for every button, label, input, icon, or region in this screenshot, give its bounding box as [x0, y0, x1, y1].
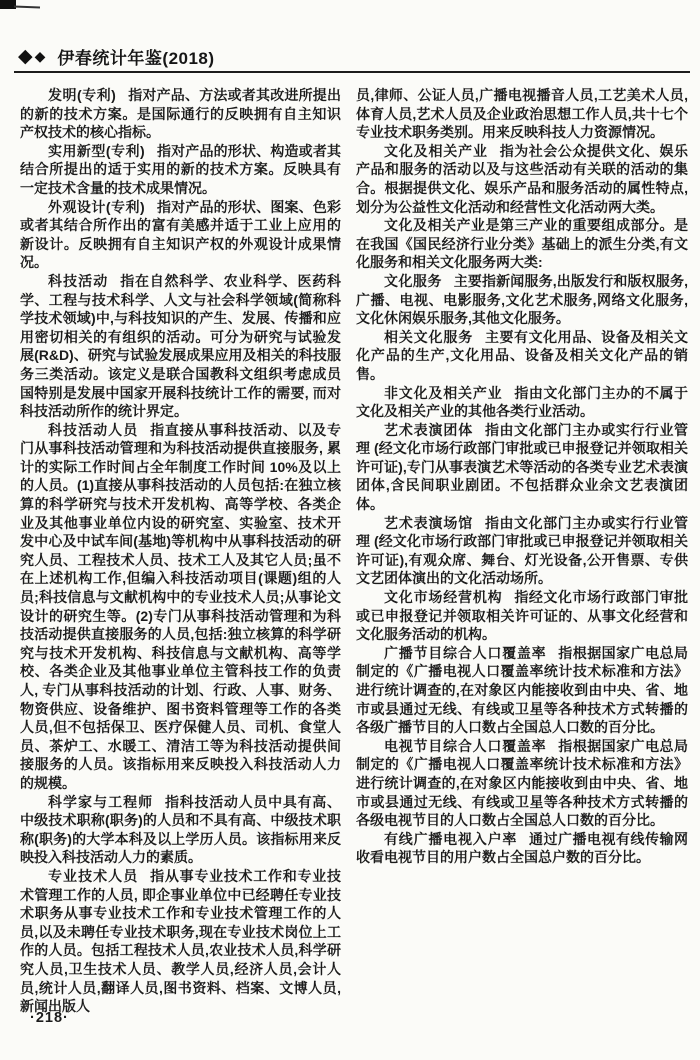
scan-corner-artifact [0, 0, 16, 9]
definition-text: 文化及相关产业是第三产业的重要组成部分。是在我国《国民经济行业分类》基础上的派生… [356, 217, 688, 270]
definition-text: 指直接从事科技活动、以及专门从事科技活动管理和为科技活动提供直接服务, 累计的实… [20, 422, 341, 791]
page-title: 伊春统计年鉴(2018) [57, 44, 214, 69]
page-content: 发明(专利)指对产品、方法或者其改进所提出的新的技术方案。是国际通行的反映拥有自… [20, 86, 688, 1016]
definition-text: 指在自然科学、农业科学、医药科学、工程与技术科学、人文与社会科学领域(简称科学技… [20, 273, 341, 419]
right-column: 员,律师、公证人员,广播电视播音人员,工艺美术人员,体育人员,艺术人员及企业政治… [356, 86, 688, 1016]
term-label: 非文化及相关产业 [384, 385, 503, 401]
term-label: 相关文化服务 [384, 329, 473, 345]
definition-text: 员,律师、公证人员,广播电视播音人员,工艺美术人员,体育人员,艺术人员及企业政治… [356, 87, 688, 140]
term-label: 文化服务 [384, 273, 442, 289]
term-label: 艺术表演场馆 [384, 515, 473, 531]
paragraph: 有线广播电视入户率通过广播电视有线传输网收看电视节目的用户数占全国总户数的百分比… [356, 830, 688, 867]
header-divider [14, 71, 690, 73]
term-label: 实用新型(专利) [48, 143, 145, 159]
term-label: 有线广播电视入户率 [384, 831, 517, 847]
page-number: ·218· [30, 1010, 69, 1026]
paragraph: 相关文化服务主要有文化用品、设备及相关文化产品的生产,文化用品、设备及相关文化产… [356, 328, 688, 384]
left-column: 发明(专利)指对产品、方法或者其改进所提出的新的技术方案。是国际通行的反映拥有自… [20, 86, 341, 1016]
term-label: 发明(专利) [48, 87, 116, 103]
paragraph: 文化市场经营机构指经文化市场行政部门审批或已申报登记并领取相关许可证的、从事文化… [356, 588, 688, 644]
term-label: 电视节目综合人口覆盖率 [384, 738, 546, 754]
term-label: 文化及相关产业 [384, 143, 488, 159]
paragraph: 发明(专利)指对产品、方法或者其改进所提出的新的技术方案。是国际通行的反映拥有自… [20, 86, 341, 142]
term-label: 广播节目综合人口覆盖率 [384, 645, 546, 661]
term-label: 科技活动 [48, 273, 108, 289]
paragraph: 电视节目综合人口覆盖率指根据国家广电总局制定的《广播电视人口覆盖率统计技术标准和… [356, 737, 688, 830]
diamond-icon: ◆ [18, 47, 33, 66]
paragraph: 科学家与工程师指科技活动人员中具有高、中级技术职称(职务)的人员和不具有高、中级… [20, 793, 341, 867]
paragraph: 艺术表演场馆指由文化部门主办或实行行业管理 (经文化市场行政部门审批或已申报登记… [356, 514, 688, 588]
term-label: 外观设计(专利) [48, 199, 145, 215]
paragraph: 文化及相关产业是第三产业的重要组成部分。是在我国《国民经济行业分类》基础上的派生… [356, 216, 688, 272]
term-label: 科技活动人员 [48, 422, 138, 438]
paragraph: 文化服务主要指新闻服务,出版发行和版权服务,广播、电视、电影服务,文化艺术服务,… [356, 272, 688, 328]
diamond-icon: ◆ [35, 50, 46, 64]
term-label: 专业技术人员 [48, 868, 138, 884]
page-header: ◆ ◆ 伊春统计年鉴(2018) [18, 44, 215, 69]
paragraph: 实用新型(专利)指对产品的形状、构造或者其结合所提出的适于实用的新的技术方案。反… [20, 142, 341, 198]
definition-text: 指从事专业技术工作和专业技术管理工作的人员, 即企事业单位中已经聘任专业技术职务… [20, 868, 341, 1014]
term-label: 科学家与工程师 [48, 794, 153, 810]
paragraph: 科技活动人员指直接从事科技活动、以及专门从事科技活动管理和为科技活动提供直接服务… [20, 421, 341, 793]
yearbook-page: ◆ ◆ 伊春统计年鉴(2018) 发明(专利)指对产品、方法或者其改进所提出的新… [0, 0, 700, 1060]
paragraph: 广播节目综合人口覆盖率指根据国家广电总局制定的《广播电视人口覆盖率统计技术标准和… [356, 644, 688, 737]
paragraph: 文化及相关产业指为社会公众提供文化、娱乐产品和服务的活动以及与这些活动有关联的活… [356, 142, 688, 216]
paragraph: 员,律师、公证人员,广播电视播音人员,工艺美术人员,体育人员,艺术人员及企业政治… [356, 86, 688, 142]
paragraph: 艺术表演团体指由文化部门主办或实行行业管理 (经文化市场行政部门审批或已申报登记… [356, 421, 688, 514]
paragraph: 专业技术人员指从事专业技术工作和专业技术管理工作的人员, 即企事业单位中已经聘任… [20, 867, 341, 1016]
paragraph: 外观设计(专利)指对产品的形状、图案、色彩或者其结合所作出的富有美感并适于工业上… [20, 198, 341, 272]
term-label: 艺术表演团体 [384, 422, 473, 438]
paragraph: 科技活动指在自然科学、农业科学、医药科学、工程与技术科学、人文与社会科学领域(简… [20, 272, 341, 421]
term-label: 文化市场经营机构 [384, 589, 503, 605]
paragraph: 非文化及相关产业指由文化部门主办的不属于文化及相关产业的其他各类行业活动。 [356, 384, 688, 421]
